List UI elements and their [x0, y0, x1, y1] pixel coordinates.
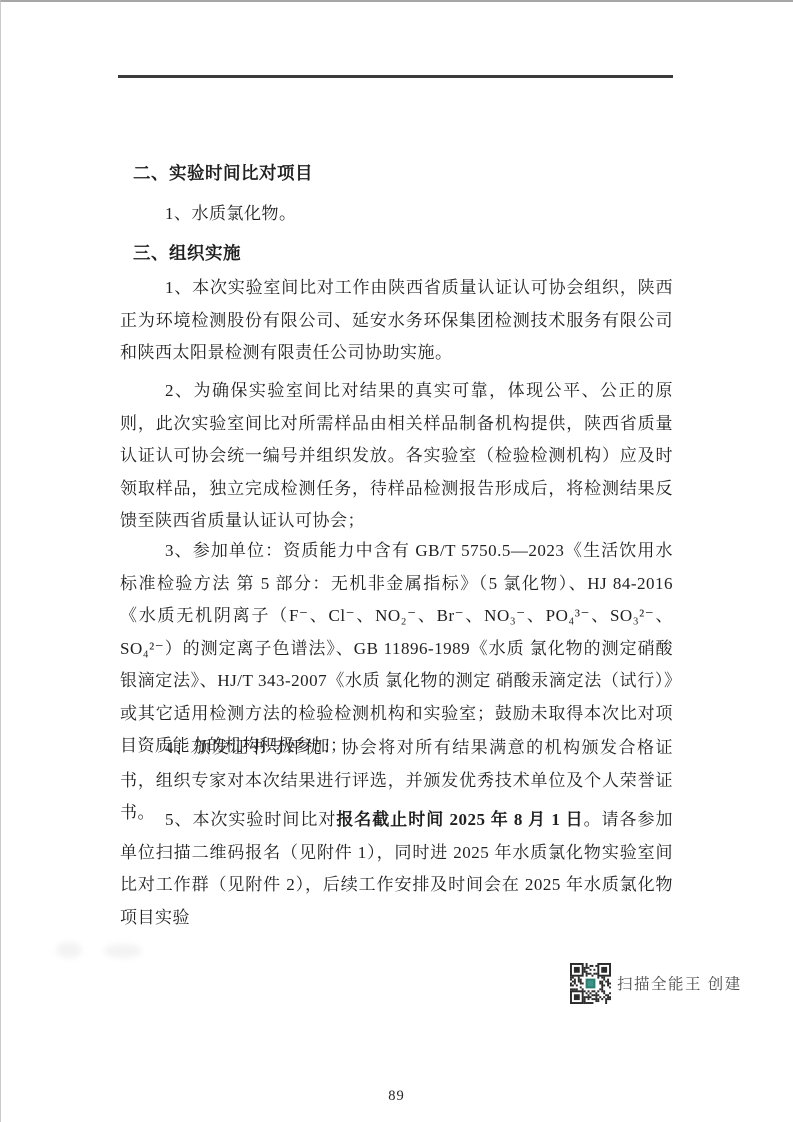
paragraph-1: 1、本次实验室间比对工作由陕西省质量认证认可协会组织，陕西正为环境检测股份有限公…: [120, 272, 673, 370]
section-heading-3: 三、组织实施: [133, 240, 241, 266]
paragraph-5: 5、本次实验时间比对报名截止时间 2025 年 8 月 1 日。请各参加单位扫描…: [120, 804, 673, 934]
list-item-1: 1、水质氯化物。: [165, 201, 297, 227]
page-number: 89: [0, 1088, 793, 1105]
paragraph-3: 3、参加单位：资质能力中含有 GB/T 5750.5—2023《生活饮用水标准检…: [120, 535, 673, 763]
document-page: 二、实验时间比对项目 1、水质氯化物。 三、组织实施 1、本次实验室间比对工作由…: [0, 0, 793, 1122]
scan-edge-left: [0, 0, 1, 1122]
section-heading-2: 二、实验时间比对项目: [133, 160, 313, 186]
header-rule: [118, 75, 673, 78]
qr-logo: [586, 979, 596, 989]
paragraph-5-text: 5、本次实验时间比对: [165, 810, 336, 829]
scanner-credit: 扫描全能王 创建: [617, 972, 742, 994]
deadline-emphasis: 报名截止时间 2025 年 8 月 1 日: [336, 810, 583, 829]
scan-smudge: [104, 944, 142, 958]
qr-code-icon: [570, 963, 611, 1004]
scan-edge-top: [0, 0, 793, 2]
paragraph-2: 2、为确保实验室间比对结果的真实可靠，体现公平、公正的原则，此次实验室间比对所需…: [120, 375, 673, 538]
scan-smudge: [56, 942, 82, 958]
